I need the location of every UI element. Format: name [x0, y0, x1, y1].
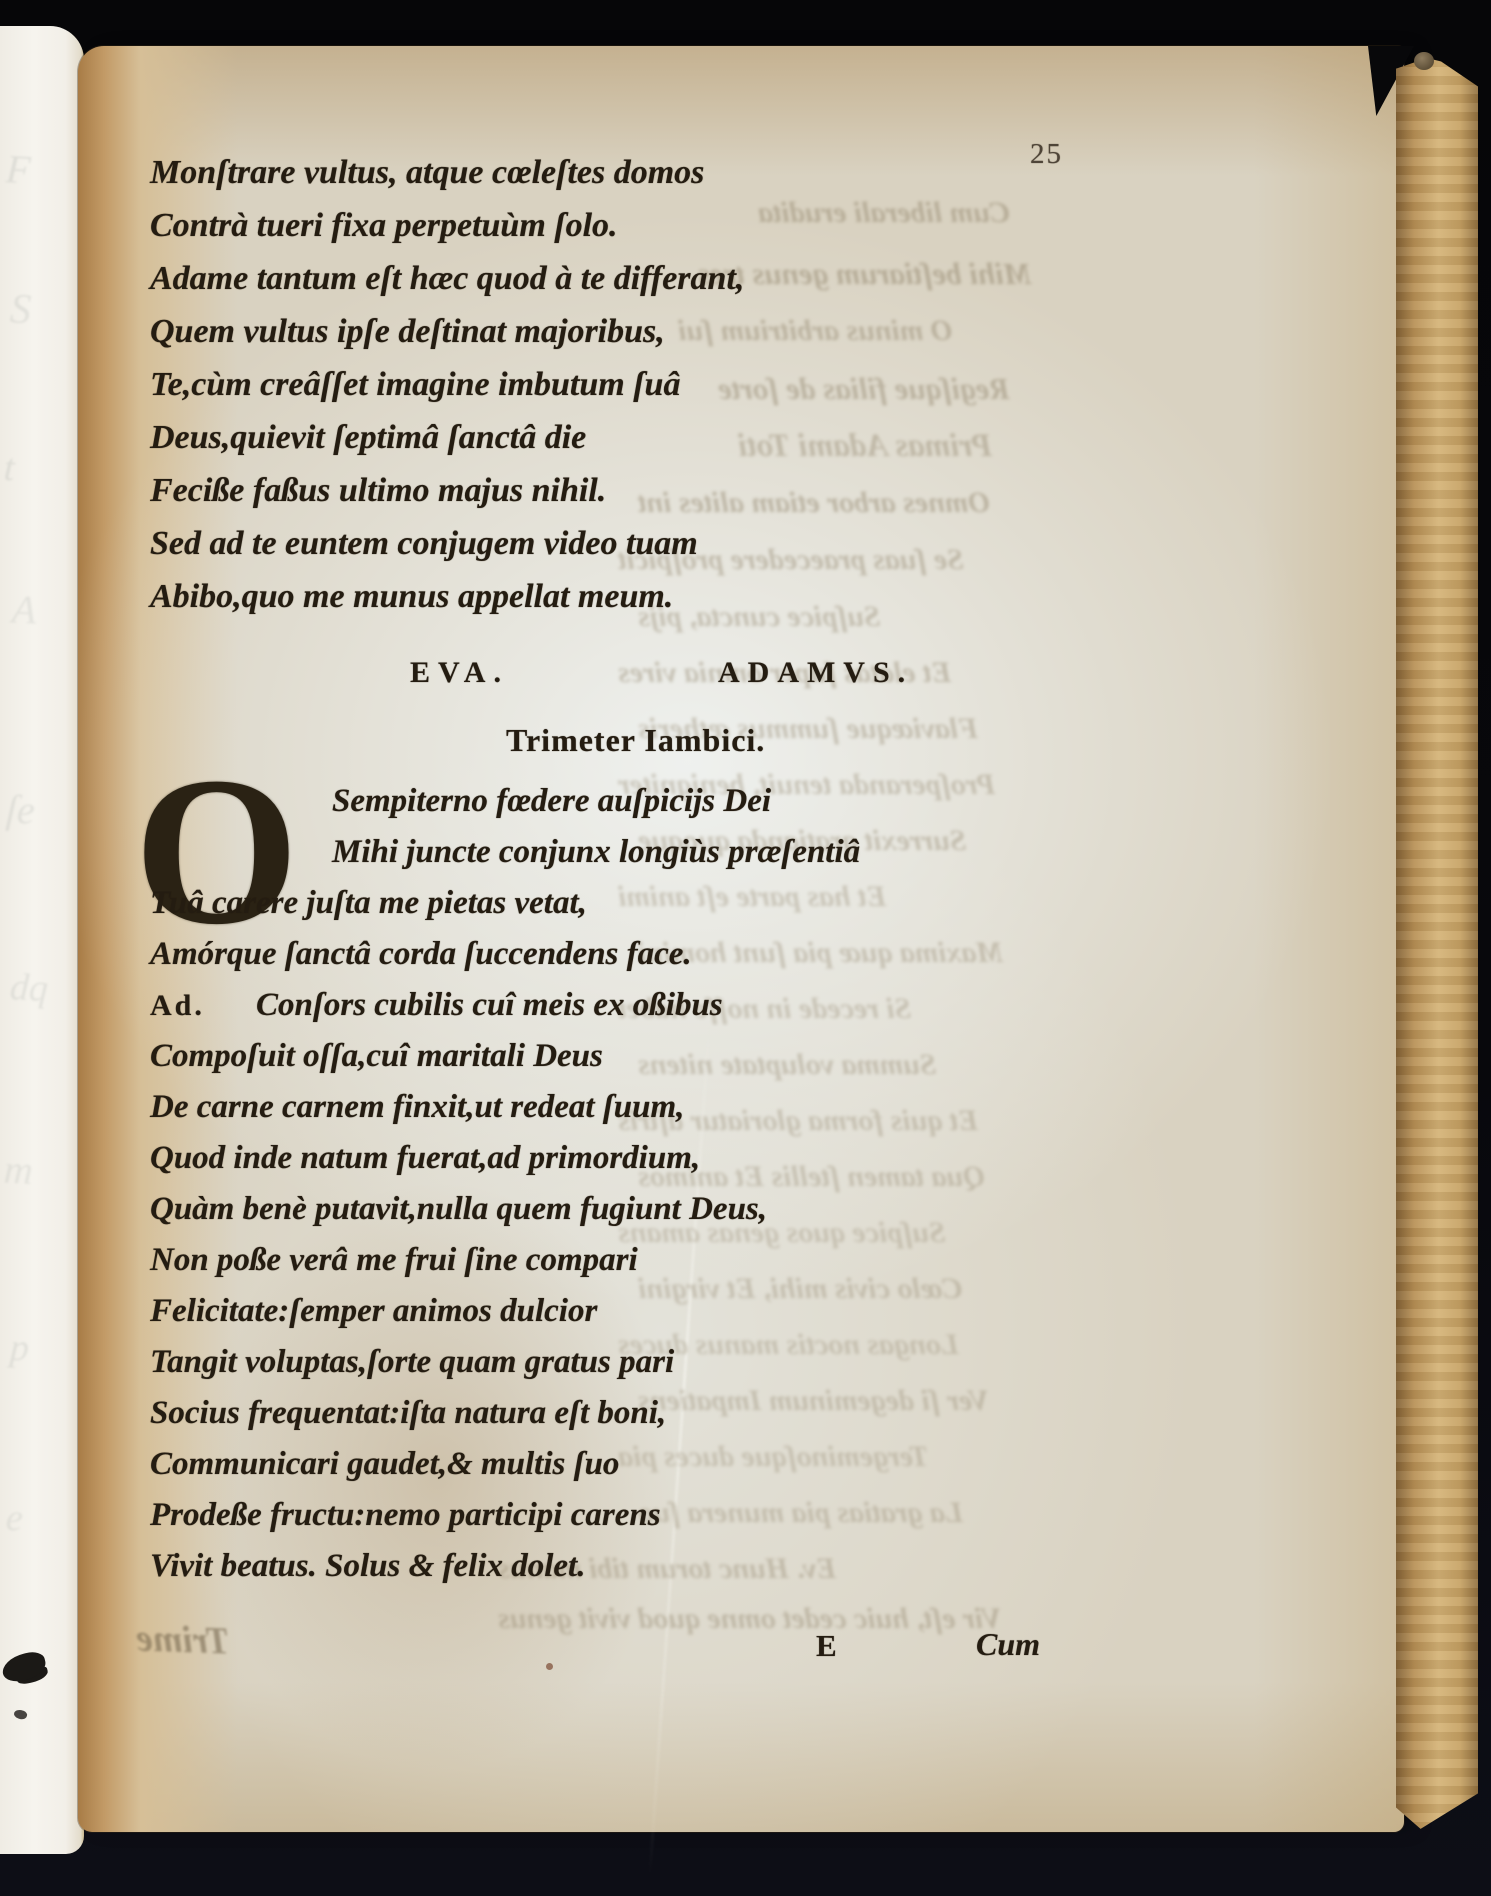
verse-text: Mihi juncte conjunx longiùs præſentiâ: [332, 834, 860, 870]
verse-text: Communicari gaudet,& multis ſuo: [150, 1446, 619, 1482]
verse-line: Compoſuit oſſa,cuî maritali Deus: [150, 1031, 860, 1082]
facing-page-edge: FStAſedqmpe: [0, 26, 84, 1854]
showthrough-glyph: m: [3, 1145, 34, 1193]
page-number: 25: [1030, 138, 1063, 171]
verse-line: Vivit beatus. Solus & felix dolet.: [150, 1541, 860, 1592]
verse-text: Tangit voluptas,ſorte quam gratus pari: [150, 1344, 674, 1380]
show-through-line: Cum liberali erudita: [758, 196, 1010, 230]
showthrough-glyph: t: [3, 446, 16, 490]
book-fore-edge: [1396, 58, 1478, 1836]
showthrough-glyph: ſe: [5, 785, 36, 833]
verse-line: Felicitate:ſemper animos dulcior: [150, 1286, 860, 1337]
photo-of-book-page: { "page_number": "25", "verse_block_1": …: [0, 0, 1491, 1896]
verse-text: Conſors cubilis cuî meis ex oßibus: [256, 987, 723, 1023]
verse-line: Socius frequentat:iſta natura eſt boni,: [150, 1388, 860, 1439]
ink-blot: [0, 1649, 48, 1685]
verse-text: Compoſuit oſſa,cuî maritali Deus: [150, 1038, 603, 1074]
verse-line: Tuâ carere juſta me pietas vetat,: [150, 878, 860, 929]
show-through-line: Regiſque filias de ſorte: [718, 371, 1010, 407]
verse-line: Amórque ſanctâ corda ſuccendens face.: [150, 929, 860, 980]
verse-line: Tangit voluptas,ſorte quam gratus pari: [150, 1337, 860, 1388]
showthrough-glyph: e: [5, 1496, 24, 1541]
verse-text: Sempiterno fœdere auſpicijs Dei: [332, 783, 771, 819]
book-page: Cum liberali eruditaMihi beſtiarum genus…: [78, 46, 1404, 1832]
verse-line: Abibo,quo me munus appellat meum.: [150, 570, 744, 623]
signature-mark: E: [816, 1628, 837, 1664]
verse-text: Prodeße fructu:nemo participi carens: [150, 1497, 661, 1533]
ink-blot-small: [13, 1708, 28, 1721]
verse-text: Vivit beatus. Solus & felix dolet.: [150, 1548, 585, 1584]
paper-speck: [546, 1663, 553, 1670]
meter-heading: Trimeter Iambici.: [506, 722, 765, 759]
show-through-line: Vir eſt, huic cedet omne quod vivit genu…: [498, 1602, 1001, 1636]
verse-line: Contrà tueri fixa perpetuùm ſolo.: [150, 199, 744, 252]
verse-line: Te,cùm creâſſet imagine imbutum ſuâ: [150, 358, 744, 411]
show-through-line: Primas Adami Toti: [738, 428, 992, 465]
catchword: Cum: [976, 1626, 1040, 1663]
verse-line: Non poße verâ me frui ſine compari: [150, 1235, 860, 1286]
speaker-heading-eva: EVA.: [410, 656, 509, 690]
show-through-gutter-word: Trime: [135, 1616, 230, 1663]
showthrough-glyph: S: [9, 285, 32, 334]
verse-line: Sed ad te euntem conjugem video tuam: [150, 517, 744, 570]
verse-text: Non poße verâ me frui ſine compari: [150, 1242, 638, 1278]
verse-line: Communicari gaudet,& multis ſuo: [150, 1439, 860, 1490]
verse-line: Mihi juncte conjunx longiùs præſentiâ: [150, 827, 860, 878]
showthrough-glyph: A: [11, 585, 38, 633]
verse-line: Quem vultus ipſe deſtinat majoribus,: [150, 305, 744, 358]
verse-line: Deus,quievit ſeptimâ ſanctâ die: [150, 411, 744, 464]
show-through-line: Mihi beſtiarum genus tres: [698, 256, 1031, 292]
showthrough-glyph: F: [5, 145, 32, 193]
verse-line: Monſtrare vultus, atque cœleſtes domos: [150, 146, 744, 199]
verse-text: Socius frequentat:iſta natura eſt boni,: [150, 1395, 666, 1431]
verse-text: Quàm benè putavit,nulla quem fugiunt Deu…: [150, 1191, 767, 1227]
verse-text: Quod inde natum fuerat,ad primordium,: [150, 1140, 700, 1176]
fore-edge-knob: [1414, 52, 1434, 70]
verse-line: Quod inde natum fuerat,ad primordium,: [150, 1133, 860, 1184]
verse-text: Felicitate:ſemper animos dulcior: [150, 1293, 597, 1329]
verse-line: Sempiterno fœdere auſpicijs Dei: [150, 776, 860, 827]
speaker-heading-adamus: ADAMVS.: [718, 656, 913, 690]
verse-line: Feciße faßus ultimo majus nihil.: [150, 464, 744, 517]
verse-line: De carne carnem finxit,ut redeat ſuum,: [150, 1082, 860, 1133]
verse-text: De carne carnem finxit,ut redeat ſuum,: [150, 1089, 684, 1125]
verse-line: Adame tantum eſt hæc quod à te differant…: [150, 252, 744, 305]
verse-text: Tuâ carere juſta me pietas vetat,: [150, 885, 587, 921]
verse-line: Quàm benè putavit,nulla quem fugiunt Deu…: [150, 1184, 860, 1235]
verse-line: Ad.Conſors cubilis cuî meis ex oßibus: [150, 980, 860, 1031]
verse-block-2: Sempiterno fœdere auſpicijs Dei Mihi jun…: [150, 776, 860, 1592]
speaker-abbreviation: Ad.: [150, 981, 256, 1031]
verse-line: Prodeße fructu:nemo participi carens: [150, 1490, 860, 1541]
verse-block-1: Monſtrare vultus, atque cœleſtes domosCo…: [150, 146, 744, 623]
verse-text: Amórque ſanctâ corda ſuccendens face.: [150, 936, 692, 972]
showthrough-glyph: dq: [9, 965, 49, 1011]
showthrough-glyph: p: [9, 1326, 30, 1371]
